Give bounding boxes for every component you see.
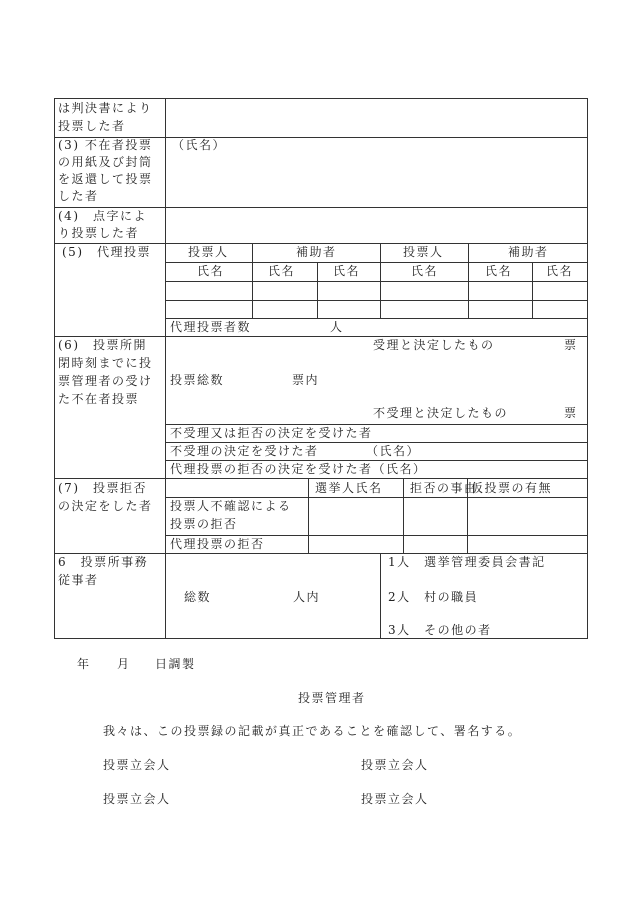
proxy-sub-name: 氏名	[333, 263, 360, 280]
witness-2: 投票立会人	[361, 757, 429, 774]
staff-item-2: 2人 村の職員	[388, 589, 478, 606]
refusal-row1-line1: 投票人不確認による	[170, 498, 292, 515]
polling-manager-label: 投票管理者	[298, 690, 366, 707]
proxy-count-label: 代理投票者数	[170, 319, 251, 336]
refusal-label-1: (7) 投票拒否	[58, 480, 147, 497]
proxy-count-unit: 人	[330, 319, 344, 336]
refusal-header-provisional: 仮投票の有無	[471, 480, 552, 497]
proxy-sub-name: 氏名	[268, 263, 295, 280]
rejected-label: 不受理と決定したもの	[373, 405, 508, 422]
table-border-left	[54, 98, 55, 639]
label-column-divider	[165, 98, 166, 639]
proxy-refused-label: 代理投票の拒否の決定を受けた者（氏名）	[170, 461, 427, 478]
proxy-header-voter-2: 投票人	[403, 244, 444, 261]
refusal-col-divider	[308, 478, 309, 554]
staff-total-label: 総数	[184, 589, 211, 606]
proxy-sub-divider	[165, 300, 587, 301]
refusal-col-divider	[403, 478, 404, 554]
staff-item-1: 1人 選挙管理委員会書記	[388, 554, 546, 571]
date-day-prepared: 日調製	[155, 656, 196, 673]
absentee-received-label-2: 閉時刻までに投	[58, 355, 153, 372]
staff-label-1: 6 投票所事務	[58, 554, 148, 571]
staff-col-divider	[380, 553, 381, 639]
rejected-unit: 票	[564, 405, 578, 422]
refusal-header-reason: 拒否の事由	[410, 480, 478, 497]
accepted-label: 受理と決定したもの	[373, 337, 495, 354]
proxy-sub-divider	[165, 281, 587, 282]
total-votes-label: 投票総数	[170, 372, 224, 389]
proxy-label: (5) 代理投票	[62, 244, 151, 261]
proxy-sub-divider	[165, 262, 587, 263]
proxy-sub-name: 氏名	[411, 263, 438, 280]
certification-statement: 我々は、この投票録の記載が真正であることを確認して、署名する。	[103, 723, 521, 740]
proxy-sub-name: 氏名	[197, 263, 224, 280]
proxy-col-divider	[532, 262, 533, 319]
total-votes-unit: 票内	[292, 372, 319, 389]
rejected-or-refused-label: 不受理又は拒否の決定を受けた者	[170, 425, 373, 442]
absentee-return-label-1: (3) 不在者投票	[58, 137, 152, 154]
witness-4: 投票立会人	[361, 791, 429, 808]
refusal-row1-line2: 投票の拒否	[170, 516, 238, 533]
braille-label-2: り投票した者	[58, 225, 139, 242]
table-border-bottom	[54, 638, 588, 639]
staff-item-3: 3人 その他の者	[388, 622, 492, 639]
rejected-decision-name-field[interactable]: （氏名）	[366, 443, 420, 460]
rejected-decision-label: 不受理の決定を受けた者	[170, 443, 319, 460]
judgment-label-2: 投票した者	[58, 118, 126, 135]
proxy-sub-name: 氏名	[546, 263, 573, 280]
witness-3: 投票立会人	[103, 791, 171, 808]
proxy-header-assistant-1: 補助者	[296, 244, 337, 261]
proxy-col-divider	[317, 262, 318, 319]
proxy-col-divider	[252, 243, 253, 319]
refusal-row2: 代理投票の拒否	[170, 536, 265, 553]
proxy-col-divider	[468, 243, 469, 319]
braille-label-1: (4) 点字によ	[58, 208, 147, 225]
refusal-header-name: 選挙人氏名	[315, 480, 383, 497]
date-year: 年	[77, 656, 91, 673]
absentee-return-label-4: した者	[58, 188, 99, 205]
absentee-received-label-1: (6) 投票所開	[58, 337, 147, 354]
table-border-right	[587, 98, 588, 639]
absentee-return-label-2: の用紙及び封筒	[58, 154, 153, 171]
table-border-top	[54, 98, 588, 99]
proxy-header-voter-1: 投票人	[188, 244, 229, 261]
absentee-received-label-4: た不在者投票	[58, 391, 139, 408]
witness-1: 投票立会人	[103, 757, 171, 774]
absentee-received-label-3: 票管理者の受け	[58, 373, 153, 390]
absentee-return-name-field[interactable]: （氏名）	[172, 137, 226, 154]
refusal-label-2: の決定をした者	[58, 498, 153, 515]
judgment-label-1: は判決書により	[58, 100, 153, 117]
proxy-sub-name: 氏名	[485, 263, 512, 280]
row-divider	[54, 478, 588, 479]
absentee-return-label-3: を返還して投票	[58, 171, 153, 188]
staff-total-unit: 人内	[293, 589, 320, 606]
proxy-col-divider	[380, 243, 381, 319]
date-month: 月	[117, 656, 131, 673]
accepted-unit: 票	[564, 337, 578, 354]
proxy-header-assistant-2: 補助者	[508, 244, 549, 261]
staff-label-2: 従事者	[58, 572, 99, 589]
